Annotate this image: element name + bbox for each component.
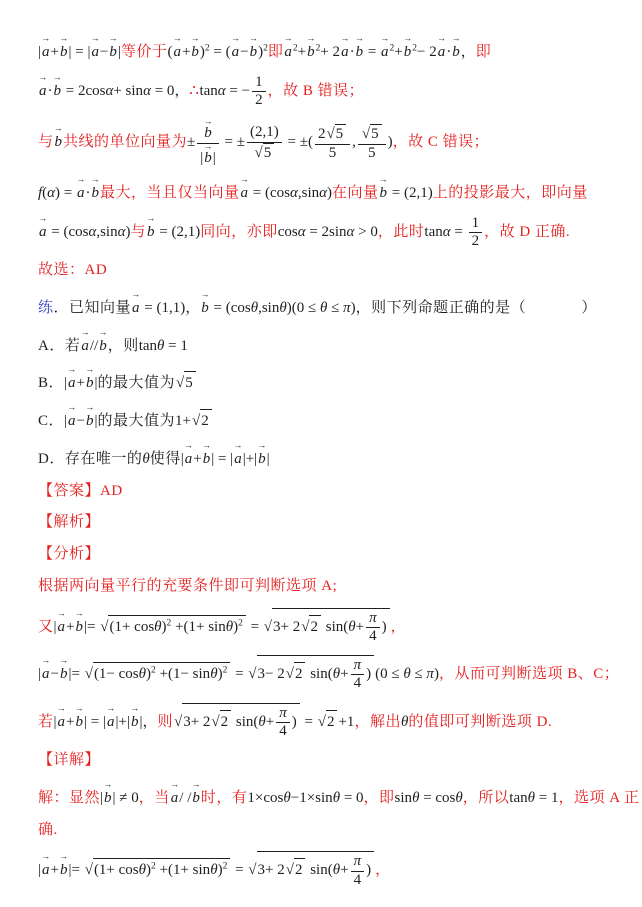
math-fragment: →a = (cosα,sinα) xyxy=(38,224,130,240)
math-variable: α xyxy=(443,224,451,240)
vector-symbol: →a xyxy=(58,706,66,734)
vector-symbol: →a xyxy=(438,36,446,64)
radical-icon: √ xyxy=(211,714,219,730)
math-variable: π xyxy=(426,666,434,682)
math-text: 5 xyxy=(329,145,337,161)
text-fragment: 等价于 xyxy=(121,44,168,60)
fraction-denominator: |→b| xyxy=(197,143,219,167)
math-text: · xyxy=(350,44,355,60)
math-text: − 2 xyxy=(417,44,437,60)
fraction: √55 xyxy=(358,124,386,162)
vector-letter: b xyxy=(86,375,94,391)
vector-arrow-icon: → xyxy=(103,780,112,789)
fraction-numerator: →b xyxy=(197,119,219,142)
math-text: = xyxy=(231,862,247,878)
vector-letter: a xyxy=(58,619,66,635)
math-fragment: →a = (cosα,sinα) xyxy=(240,185,332,201)
math-text: = ± xyxy=(221,134,245,150)
math-text: 3+ 2 xyxy=(183,714,210,730)
text-fragment: ，解出 xyxy=(354,714,401,730)
vector-symbol: →a xyxy=(39,216,47,244)
text-fragment: 时，有 xyxy=(201,790,248,806)
math-text: = xyxy=(301,714,317,730)
vector-letter: b xyxy=(307,44,315,60)
vector-letter: b xyxy=(201,300,209,316)
math-variable: θ xyxy=(283,790,290,806)
math-text: 4 xyxy=(369,628,377,644)
radical-icon: √ xyxy=(248,862,256,878)
vector-arrow-icon: → xyxy=(403,34,412,43)
vector-symbol: →b xyxy=(92,177,100,205)
math-variable: π xyxy=(369,610,377,626)
fraction-numerator: √5 xyxy=(358,124,386,143)
text-fragment: 的最大值为 xyxy=(98,413,176,429)
math-text: sin xyxy=(395,790,413,806)
analysis-label-line: 【分析】 xyxy=(38,544,616,566)
math-superscript: 2 xyxy=(223,666,228,676)
radical-icon: √ xyxy=(248,666,256,682)
square-root: √2 xyxy=(301,615,321,639)
square-root: √(1− cosθ)2 +(1− sinθ)2 xyxy=(85,662,231,686)
math-text: = cos xyxy=(419,790,455,806)
fraction-denominator: 4 xyxy=(366,627,380,645)
vector-arrow-icon: → xyxy=(130,704,139,713)
fraction-numerator: π xyxy=(351,657,365,674)
fraction-denominator: √5 xyxy=(247,142,282,162)
math-fragment: tanθ = 1 xyxy=(139,338,188,354)
option-a-line: A．若→a//→b，则tanθ = 1 xyxy=(38,330,616,358)
math-text: 1×cos xyxy=(247,790,283,806)
vector-symbol: →b xyxy=(99,330,107,358)
math-variable: θ xyxy=(139,666,146,682)
vector-arrow-icon: → xyxy=(184,441,193,450)
math-variable: α xyxy=(319,185,327,201)
vector-letter: b xyxy=(60,44,68,60)
math-text: 5 xyxy=(371,126,379,142)
math-text: 1+ xyxy=(175,413,191,429)
vector-symbol: →b xyxy=(204,119,212,142)
math-fragment: →b = (2,1) xyxy=(146,224,200,240)
fraction: →b|→b| xyxy=(197,119,219,167)
vector-symbol: →a xyxy=(341,36,349,64)
text-fragment: A．若 xyxy=(38,338,80,354)
vector-arrow-icon: → xyxy=(91,175,100,184)
vector-letter: b xyxy=(258,451,266,467)
radical-icon: √ xyxy=(176,375,184,391)
math-superscript: 2 xyxy=(238,618,243,628)
radicand: 3+ 2√2 sin(θ+π4) xyxy=(272,608,390,646)
vector-letter: a xyxy=(39,224,47,240)
math-text: 2 xyxy=(255,92,263,108)
vector-letter: b xyxy=(99,338,107,354)
math-text: |， xyxy=(139,714,157,730)
math-text: +1 xyxy=(338,714,354,730)
vector-arrow-icon: → xyxy=(41,656,50,665)
vector-symbol: →a xyxy=(185,443,193,471)
fraction-numerator: π xyxy=(276,705,290,722)
analysis-sum-magnitude-line: 又|→a+→b|= √(1+ cosθ)2 +(1+ sinθ)2 = √3+ … xyxy=(38,608,616,646)
math-fragment: √5 xyxy=(175,375,197,391)
detail-option-a-line: 解：显然|→b| ≠ 0，当→a/ /→b时，有1×cosθ−1×sinθ = … xyxy=(38,782,616,810)
math-text: tan xyxy=(139,338,157,354)
math-variable: θ xyxy=(348,619,355,635)
math-text: = (1,1)， xyxy=(141,300,201,316)
math-text: = (2,1) xyxy=(388,185,433,201)
text-fragment: ，故 C 错误； xyxy=(393,134,490,150)
math-text: ≤ xyxy=(327,300,343,316)
square-root: √2 xyxy=(286,662,306,686)
vector-letter: a xyxy=(107,714,115,730)
math-text: 1 xyxy=(472,215,480,231)
vector-symbol: →a xyxy=(171,782,179,810)
vector-letter: a xyxy=(381,44,389,60)
fraction-denominator: 2 xyxy=(252,91,266,109)
math-text: (0 ≤ xyxy=(375,666,403,682)
text-fragment: 同向，亦即 xyxy=(200,224,278,240)
math-variable: π xyxy=(279,705,287,721)
math-text: | xyxy=(200,150,203,166)
vector-arrow-icon: → xyxy=(233,441,242,450)
vector-symbol: →a xyxy=(132,292,140,320)
fraction-denominator: 2 xyxy=(469,232,483,250)
math-text: = 1 xyxy=(164,338,187,354)
square-root: √2 xyxy=(318,710,338,734)
vector-symbol: →b xyxy=(104,782,112,810)
square-root: √2 xyxy=(286,858,306,882)
text-fragment: 【分析】 xyxy=(38,546,100,562)
math-fragment: →b = (2,1) xyxy=(379,185,433,201)
math-text: = ( xyxy=(210,44,231,60)
math-text: = ±( xyxy=(284,134,313,150)
vector-arrow-icon: → xyxy=(340,34,349,43)
math-fragment: |→a+→b| xyxy=(64,375,98,391)
math-text: / / xyxy=(179,790,191,806)
math-text: sin( xyxy=(322,619,348,635)
vector-symbol: →a xyxy=(81,330,89,358)
math-text: | ≠ 0 xyxy=(113,790,139,806)
vector-symbol: →a xyxy=(68,367,76,395)
math-text: + xyxy=(51,44,59,60)
text-fragment: ，当 xyxy=(139,790,170,806)
math-fragment: 1×cosθ−1×sinθ = 0 xyxy=(247,790,363,806)
fraction-denominator: 4 xyxy=(351,674,365,692)
math-text: + 2 xyxy=(320,44,340,60)
vector-arrow-icon: → xyxy=(57,609,66,618)
math-text: = 0 xyxy=(340,790,363,806)
vector-symbol: →b xyxy=(54,75,62,103)
vector-arrow-icon: → xyxy=(355,34,364,43)
vector-symbol: →a xyxy=(232,36,240,64)
math-text: 2 xyxy=(295,666,303,682)
vector-symbol: →a xyxy=(107,706,115,734)
math-fragment: √3+ 2√2 sin(θ+π4) = √2+1 xyxy=(173,714,354,730)
math-text: + xyxy=(340,862,348,878)
vector-symbol: →b xyxy=(86,405,94,433)
vector-arrow-icon: → xyxy=(240,175,249,184)
vector-letter: a xyxy=(232,44,240,60)
math-text: ≤ xyxy=(411,666,427,682)
math-fragment: cosα = 2sinα > 0 xyxy=(278,224,378,240)
vector-symbol: →b xyxy=(192,782,200,810)
math-text: 4 xyxy=(354,872,362,888)
square-root: √5 xyxy=(176,371,196,395)
math-fragment: (→a+→b)2 = (→a−→b)2 xyxy=(167,44,267,60)
vector-arrow-icon: → xyxy=(202,441,211,450)
vector-arrow-icon: → xyxy=(53,73,62,82)
text-fragment: 解：显然 xyxy=(38,790,100,806)
radical-icon: √ xyxy=(286,862,294,878)
text-fragment: 则 xyxy=(157,714,173,730)
vector-letter: b xyxy=(404,44,412,60)
math-text: ,sin xyxy=(298,185,319,201)
text-fragment: 最大，当且仅当向量 xyxy=(100,185,240,201)
math-text: ,sin xyxy=(258,300,279,316)
math-text: 5 xyxy=(264,145,272,161)
math-superscript: 2 xyxy=(223,862,228,872)
math-text: − xyxy=(100,44,108,60)
math-fragment: →a·→b = 2cosα+ sinα = 0， xyxy=(38,83,189,99)
radicand: (1+ cosθ)2 +(1+ sinθ)2 xyxy=(93,858,230,882)
math-text: = xyxy=(451,224,467,240)
detail-option-a-wrap-line: 确. xyxy=(38,820,616,842)
radicand: 5 xyxy=(184,371,196,395)
math-text: | xyxy=(38,44,41,60)
radicand: 3+ 2√2 sin(θ+π4) xyxy=(257,851,375,889)
vector-arrow-icon: → xyxy=(75,609,84,618)
radicand: 5 xyxy=(263,143,275,162)
math-text: −1×sin xyxy=(291,790,333,806)
vector-arrow-icon: → xyxy=(98,328,107,337)
fraction-numerator: 2√5 xyxy=(315,124,350,143)
text-fragment: 的值即可判断选项 D. xyxy=(408,714,552,730)
math-text: ( xyxy=(167,44,172,60)
vector-letter: a xyxy=(185,451,193,467)
vector-arrow-icon: → xyxy=(85,403,94,412)
text-fragment: 又 xyxy=(38,619,54,635)
text-fragment: ，即 xyxy=(364,790,395,806)
vector-arrow-icon: → xyxy=(284,34,293,43)
math-text: |= xyxy=(84,619,99,635)
radicand: 2 xyxy=(294,662,306,686)
option-c-line: C．|→a−→b|的最大值为1+√2 xyxy=(38,405,616,433)
math-text: = xyxy=(247,619,263,635)
fraction: π4 xyxy=(351,853,365,889)
math-text: 4 xyxy=(279,723,287,739)
vector-symbol: →a xyxy=(42,854,50,882)
vector-arrow-icon: → xyxy=(59,656,68,665)
vector-letter: a xyxy=(173,44,181,60)
math-text: ) = xyxy=(55,185,76,201)
vector-symbol: →a xyxy=(91,36,99,64)
vector-symbol: →b xyxy=(109,36,117,64)
fraction: 12 xyxy=(469,215,483,251)
vector-arrow-icon: → xyxy=(59,852,68,861)
math-text: 2 xyxy=(472,233,480,249)
vector-arrow-icon: → xyxy=(379,175,388,184)
vector-arrow-icon: → xyxy=(249,34,258,43)
vector-arrow-icon: → xyxy=(38,214,47,223)
math-text: · xyxy=(446,44,451,60)
math-solution-document: |→a+→b| = |→a−→b|等价于(→a+→b)2 = (→a−→b)2即… xyxy=(0,0,642,907)
math-fragment: |→a+→b|= √(1+ cosθ)2 +(1+ sinθ)2 = √3+ 2… xyxy=(54,619,391,635)
math-variable: θ xyxy=(333,666,340,682)
radicand: 3− 2√2 sin(θ+π4) xyxy=(257,655,375,693)
analysis-diff-magnitude-line: |→a−→b|= √(1− cosθ)2 +(1− sinθ)2 = √3− 2… xyxy=(38,655,616,693)
answer-choice-line: 故选：AD xyxy=(38,260,616,282)
vector-arrow-icon: → xyxy=(76,175,85,184)
vector-letter: b xyxy=(131,714,139,730)
math-text: 2 xyxy=(221,714,229,730)
math-variable: θ xyxy=(333,790,340,806)
analysis-option-a-line: 根据两向量平行的充要条件即可判断选项 A; xyxy=(38,576,616,598)
math-text: 2 xyxy=(295,862,303,878)
radicand: (1− cosθ)2 +(1− sinθ)2 xyxy=(93,662,230,686)
text-fragment: 根据两向量平行的充要条件即可判断选项 A; xyxy=(38,578,337,594)
fraction: π4 xyxy=(366,610,380,646)
math-variable: θ xyxy=(210,862,217,878)
vector-symbol: →b xyxy=(380,177,388,205)
math-text: , xyxy=(352,134,356,150)
vector-arrow-icon: → xyxy=(67,403,76,412)
radical-icon: √ xyxy=(85,666,93,682)
vector-letter: a xyxy=(81,338,89,354)
math-fragment: →a/ /→b xyxy=(170,790,201,806)
math-text: (1+ cos xyxy=(109,619,154,635)
radicand: 2 xyxy=(200,409,212,433)
math-variable: π xyxy=(343,300,351,316)
vector-arrow-icon: → xyxy=(231,34,240,43)
math-variable: θ xyxy=(251,300,258,316)
vector-symbol: →b xyxy=(307,36,315,64)
detail-sum-magnitude-line: |→a+→b|= √(1+ cosθ)2 +(1+ sinθ)2 = √3+ 2… xyxy=(38,851,616,889)
math-text: = − xyxy=(226,83,250,99)
vector-arrow-icon: → xyxy=(41,852,50,861)
vector-letter: a xyxy=(42,862,50,878)
square-root: √(1+ cosθ)2 +(1+ sinθ)2 xyxy=(100,615,246,639)
text-fragment: ，故 D 正确. xyxy=(484,224,570,240)
text-fragment: 【解析】 xyxy=(38,514,100,530)
math-text: + xyxy=(77,375,85,391)
text-fragment: 与 xyxy=(130,224,146,240)
math-fragment: |→a+→b| = |→a−→b| xyxy=(38,44,121,60)
text-fragment: 与 xyxy=(38,134,54,150)
text-fragment: 【答案】AD xyxy=(38,483,123,499)
vector-symbol: →b xyxy=(76,611,84,639)
radicand: 2 xyxy=(326,710,338,734)
math-text: + xyxy=(298,44,306,60)
text-fragment: ，则下列命题正确的是（ ） xyxy=(356,300,597,316)
vector-symbol: →b xyxy=(60,658,68,686)
math-text: 2 xyxy=(327,714,335,730)
math-fragment: |→a+→b| = |→a|+|→b| xyxy=(181,451,270,467)
text-fragment: C． xyxy=(38,413,64,429)
text-fragment: 在向量 xyxy=(332,185,379,201)
vector-letter: a xyxy=(438,44,446,60)
math-text: | xyxy=(267,451,270,467)
math-text: + xyxy=(66,714,74,730)
vector-symbol: →a xyxy=(234,443,242,471)
math-text: tan xyxy=(199,83,217,99)
math-text: 3− 2 xyxy=(258,666,285,682)
vector-arrow-icon: → xyxy=(41,34,50,43)
vector-symbol: →a xyxy=(58,611,66,639)
math-text: | = | xyxy=(84,714,106,730)
vector-arrow-icon: → xyxy=(91,34,100,43)
math-text: = (2,1) xyxy=(155,224,200,240)
text-fragment: 的最大值为 xyxy=(98,375,176,391)
math-text: | xyxy=(54,714,57,730)
fraction: 12 xyxy=(252,74,266,110)
math-fragment: |→b| ≠ 0 xyxy=(100,790,139,806)
math-text: + sin xyxy=(113,83,143,99)
vector-letter: a xyxy=(42,666,50,682)
math-text: | xyxy=(38,666,41,682)
math-text: |= xyxy=(68,666,83,682)
math-fragment: sinθ = cosθ xyxy=(395,790,463,806)
math-text: + xyxy=(182,44,190,60)
math-text: − xyxy=(240,44,248,60)
math-text: ) xyxy=(382,619,387,635)
math-text: ,sin xyxy=(96,224,117,240)
vector-symbol: →b xyxy=(356,36,364,64)
radical-icon: √ xyxy=(326,126,334,142)
math-text: + xyxy=(356,619,364,635)
math-text: + xyxy=(51,862,59,878)
radicand: 2 xyxy=(220,710,232,734)
math-text: 3+ 2 xyxy=(258,862,285,878)
math-text: − xyxy=(51,666,59,682)
vector-letter: a xyxy=(68,375,76,391)
math-text: | = | xyxy=(211,451,233,467)
vector-letter: b xyxy=(76,714,84,730)
math-text: | xyxy=(64,413,67,429)
square-root: √2 xyxy=(192,409,212,433)
vector-symbol: →b xyxy=(452,36,460,64)
math-text: + xyxy=(340,666,348,682)
vector-arrow-icon: → xyxy=(54,124,63,133)
radicand: 5 xyxy=(335,124,347,143)
solution-line-d-conclusion: →a = (cosα,sinα)与→b = (2,1)同向，亦即cosα = 2… xyxy=(38,215,616,251)
vector-symbol: →a xyxy=(39,75,47,103)
vector-letter: b xyxy=(203,451,211,467)
vector-arrow-icon: → xyxy=(170,780,179,789)
math-variable: θ xyxy=(333,862,340,878)
fraction-numerator: 1 xyxy=(252,74,266,91)
radical-icon: √ xyxy=(301,619,309,635)
radical-icon: √ xyxy=(85,862,93,878)
solution-line-b-conclusion: →a·→b = 2cosα+ sinα = 0，∴tanα = −12，故 B … xyxy=(38,74,616,110)
fraction-denominator: 4 xyxy=(351,871,365,889)
vector-symbol: →b xyxy=(203,443,211,471)
vector-letter: b xyxy=(250,44,258,60)
math-text: +(1+ sin xyxy=(171,619,225,635)
square-root: √5 xyxy=(326,124,346,143)
vector-letter: a xyxy=(39,83,47,99)
text-fragment: ，故 B 错误； xyxy=(268,83,365,99)
vector-arrow-icon: → xyxy=(81,328,90,337)
square-root: √5 xyxy=(362,124,382,143)
text-fragment: ∴ xyxy=(189,83,199,99)
vector-letter: b xyxy=(92,185,100,201)
text-fragment: ，所以 xyxy=(463,790,510,806)
math-text: sin( xyxy=(306,862,332,878)
math-text: ， xyxy=(461,44,476,60)
math-text: 3+ 2 xyxy=(273,619,300,635)
analysis-header-line: 【解析】 xyxy=(38,512,616,534)
answer-label-line: 【答案】AD xyxy=(38,481,616,503)
text-fragment: 上的投影最大，即向量 xyxy=(433,185,588,201)
math-text: | xyxy=(181,451,184,467)
